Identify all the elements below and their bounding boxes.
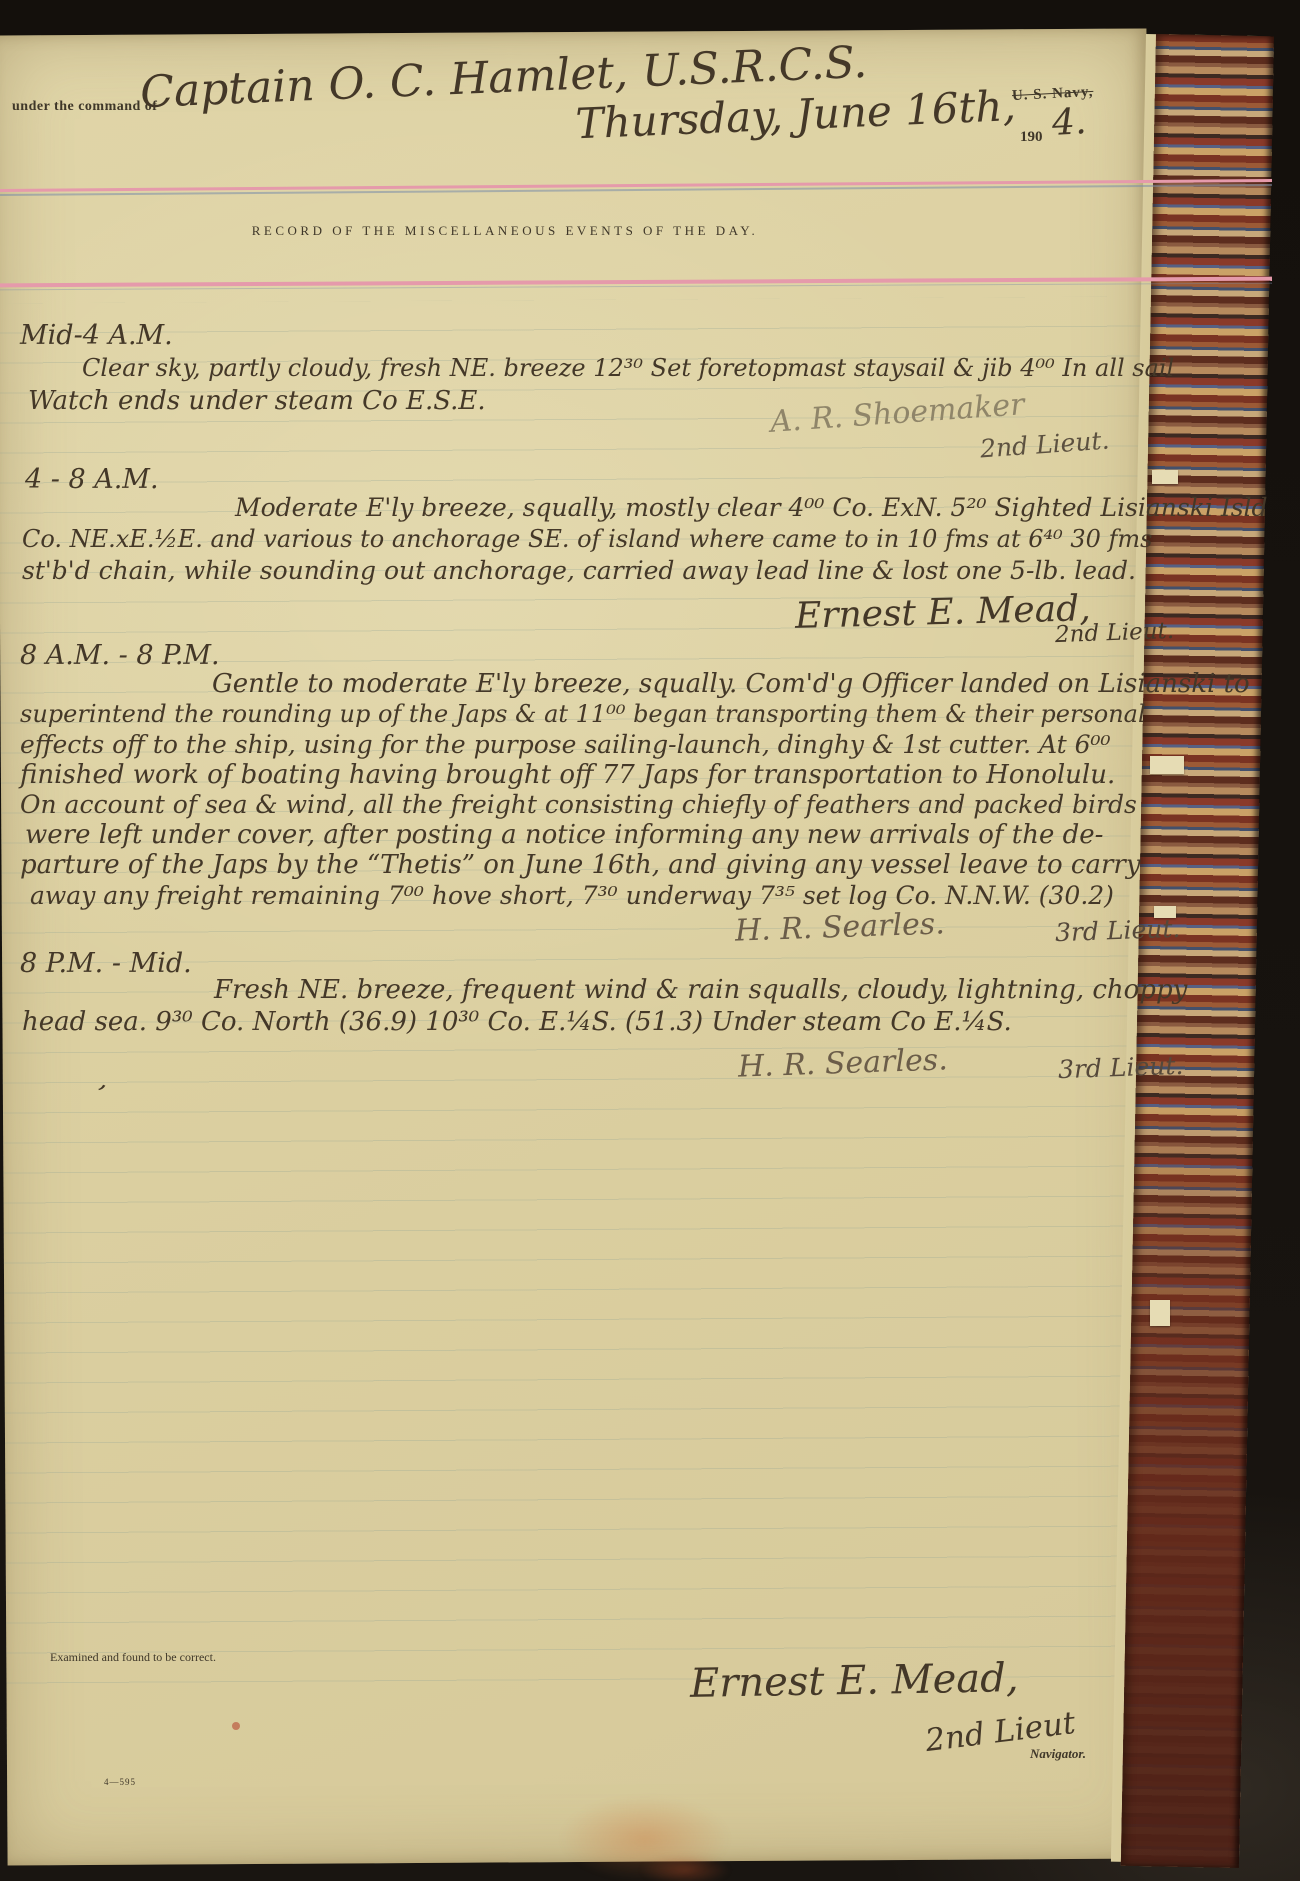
log-line: Co. NE.xE.½E. and various to anchorage S… [22,525,1153,553]
paper-scrap [1150,756,1184,774]
paper-scrap [1150,1300,1170,1326]
year-digit-handwritten: 4. [1051,101,1087,144]
officer-rank: 2nd Lieut. [1055,618,1175,648]
printed-command-prefix: under the command of [12,99,157,115]
log-line: finished work of boating having brought … [20,760,1115,790]
log-line: Watch ends under steam Co E.S.E. [28,386,486,416]
log-line: head sea. 9³⁰ Co. North (36.9) 10³⁰ Co. … [22,1007,1012,1037]
officer-rank: 3rd Lieut. [1055,914,1181,947]
printed-year-prefix: 190 [1020,129,1043,146]
log-line: effects off to the ship, using for the p… [20,730,1111,759]
log-line: were left under cover, after posting a n… [25,820,1103,850]
log-line: Clear sky, partly cloudy, fresh NE. bree… [82,354,1174,382]
log-line: Fresh NE. breeze, frequent wind & rain s… [214,975,1187,1005]
watch-heading: Mid-4 A.M. [20,320,173,351]
officer-rank: 3rd Lieut. [1058,1051,1184,1084]
watch-heading: 8 A.M. - 8 P.M. [20,640,220,671]
logbook-page [0,29,1158,1866]
watch-heading: 8 P.M. - Mid. [20,948,192,979]
officer-signature: Ernest E. Mead, [795,588,1092,637]
log-line: parture of the Japs by the “Thetis” on J… [20,850,1141,880]
stain-mark [640,1855,730,1881]
navigator-signature: Ernest E. Mead, [690,1655,1019,1707]
log-line: st'b'd chain, while sounding out anchora… [22,556,1136,585]
log-line: Gentle to moderate E'ly breeze, squally.… [212,669,1250,699]
stain-mark [232,1722,240,1730]
log-line: superintend the rounding up of the Japs … [20,700,1146,728]
officer-signature: H. R. Searles. [734,906,945,948]
watch-heading: 4 - 8 A.M. [25,464,159,495]
examined-statement: Examined and found to be correct. [50,1650,216,1665]
form-number: 4—595 [104,1777,136,1787]
logbook-photo: under the command of Captain O. C. Hamle… [0,0,1300,1881]
paper-scrap [1152,470,1178,484]
log-line: On account of sea & wind, all the freigh… [20,790,1137,819]
printed-navigator-label: Navigator. [1030,1746,1086,1762]
log-line: Moderate E'ly breeze, squally, mostly cl… [235,493,1268,522]
log-line: away any freight remaining 7⁰⁰ hove shor… [30,881,1114,910]
section-title: RECORD OF THE MISCELLANEOUS EVENTS OF TH… [0,223,1010,239]
officer-signature: H. R. Searles. [737,1042,948,1084]
